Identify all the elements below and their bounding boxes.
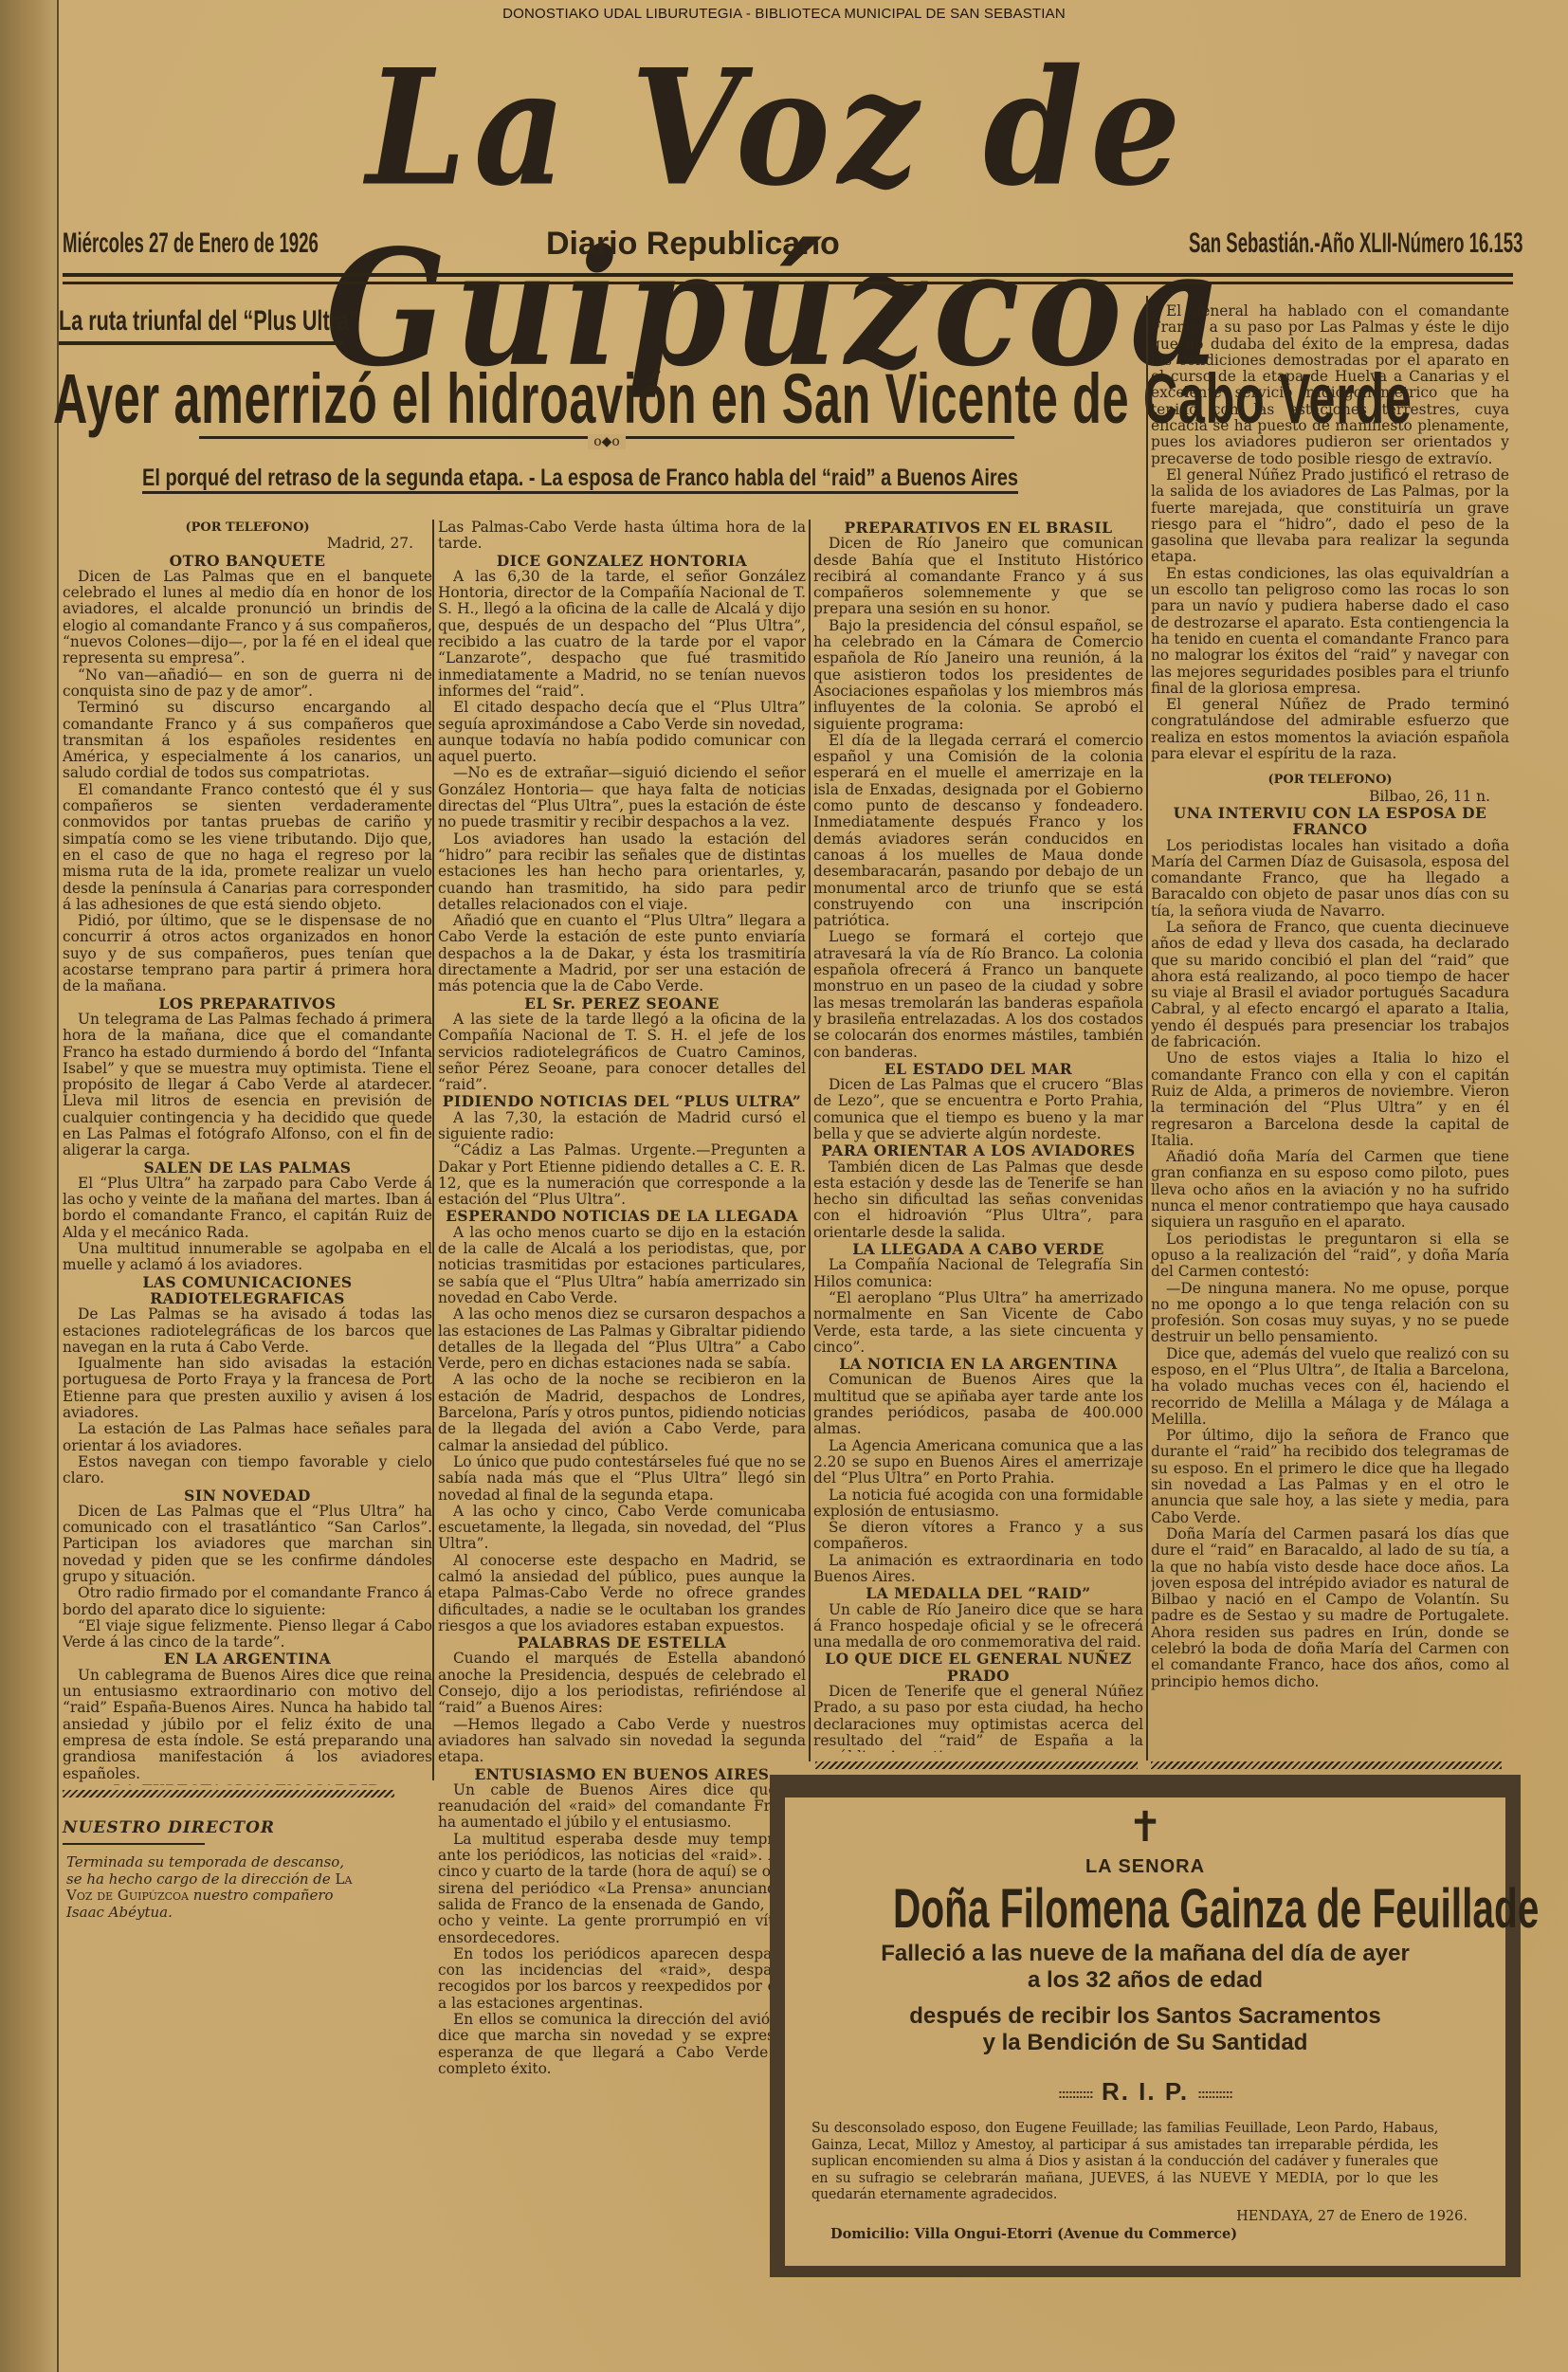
section-heading: EL ESTADO DEL MAR (813, 1061, 1143, 1077)
paragraph: Por último, dijo la señora de Franco que… (1151, 1428, 1509, 1526)
paragraph: Luego se formará el cortejo que atravesa… (813, 929, 1143, 1060)
paragraph: A las ocho menos diez se cursaron despac… (438, 1306, 806, 1372)
paragraph: En ellos se comunica la dirección del av… (438, 2012, 806, 2077)
paragraphs: Los periodistas locales han visitado a d… (1151, 838, 1509, 1690)
byline: (POR TELEFONO) (1151, 772, 1509, 788)
section-heading: LA MEDALLA DEL “RAID” (813, 1585, 1143, 1601)
paragraph: De Las Palmas se ha avisado á todas las … (63, 1306, 432, 1356)
section-heading: LAS COMUNICACIONES RADIOTELEGRAFICAS (63, 1274, 432, 1307)
paragraph: “El aeroplano “Plus Ultra” ha amerrizado… (813, 1290, 1143, 1356)
paragraph: Cuando el marqués de Estella abandonó an… (438, 1651, 806, 1716)
paragraph: Se dieron vítores a Franco y a sus compa… (813, 1520, 1143, 1553)
paragraph: Igualmente han sido avisadas la estación… (63, 1356, 432, 1421)
paragraph: Dice que, además del vuelo que realizó c… (1151, 1346, 1509, 1428)
paragraph: A las 7,30, la estación de Madrid cursó … (438, 1110, 806, 1143)
column-divider (1146, 296, 1148, 1761)
masthead-rule (63, 273, 1513, 284)
column-4: El general ha hablado con el comandante … (1151, 303, 1509, 1756)
paragraph: La animación es extraordinaria en todo B… (813, 1553, 1143, 1586)
section-heading: PREPARATIVOS EN EL BRASIL (813, 520, 1143, 536)
paragraph: “Cádiz a Las Palmas. Urgente.—Pregunten … (438, 1142, 806, 1208)
paragraph: Doña María del Carmen pasará los días qu… (1151, 1526, 1509, 1690)
paragraph: El día de la llegada cerrará el comercio… (813, 733, 1143, 930)
paragraph: Los aviadores han usado la estación del … (438, 831, 806, 913)
paragraph: La señora de Franco, que cuenta diecinue… (1151, 920, 1509, 1050)
paragraph: Bajo la presidencia del cónsul español, … (813, 618, 1143, 733)
obituary-name: Doña Filomena Gainza de Feuillade (893, 1878, 1397, 1941)
paragraph: Un telegrama de Las Palmas fechado á pri… (63, 1012, 432, 1159)
page-binding-gutter (0, 0, 59, 2372)
obituary-line: después de recibir los Santos Sacramento… (785, 2003, 1505, 2030)
obituary-line: Falleció a las nueve de la mañana del dí… (785, 1941, 1505, 1967)
paragraph: La Agencia Americana comunica que a las … (813, 1438, 1143, 1487)
section-heading: PIDIENDO NOTICIAS DEL “PLUS ULTRA” (438, 1093, 806, 1109)
section-heading: UNA INTERVIU CON LA ESPOSA DE FRANCO (1151, 805, 1509, 838)
director-note-heading: NUESTRO DIRECTOR (63, 1818, 375, 1837)
paragraph: A las ocho y cinco, Cabo Verde comunicab… (438, 1504, 806, 1553)
dateline: Bilbao, 26, 11 n. (1151, 789, 1509, 805)
paragraph: Dicen de Las Palmas que el crucero “Blas… (813, 1077, 1143, 1142)
lead-subhead: El porqué del retraso de la segunda etap… (142, 465, 939, 492)
obituary-line: a los 32 años de edad (785, 1967, 1505, 1994)
masthead-dateline: Miércoles 27 de Enero de 1926 Diario Rep… (63, 226, 1522, 264)
issue-number: San Sebastián.-Año XLII-Número 16.153 (1189, 228, 1522, 260)
paragraph: Terminó su discurso encargando al comand… (63, 700, 432, 781)
ornament-rule: o◆o (199, 431, 1014, 443)
obituary-notice: ✝ LA SENORA Doña Filomena Gainza de Feui… (770, 1775, 1521, 2277)
paragraph: A las 6,30 de la tarde, el señor Gonzále… (438, 569, 806, 700)
dateline: Madrid, 27. (63, 536, 432, 552)
paragraph: Un cable de Buenos Aires dice que la rea… (438, 1782, 806, 1832)
paragraph: Dicen de Las Palmas que el “Plus Ultra” … (63, 1504, 432, 1585)
section-heading: LA EXPECTACION EN MADRID (63, 1782, 432, 1785)
paragraph: Una multitud innumerable se agolpaba en … (63, 1241, 432, 1274)
paragraph: El general ha hablado con el comandante … (1151, 303, 1509, 467)
section-heading: SIN NOVEDAD (63, 1487, 432, 1504)
paragraph: Estos navegan con tiempo favorable y cie… (63, 1454, 432, 1487)
paragraph: A las ocho menos cuarto se dijo en la es… (438, 1225, 806, 1306)
paragraph: La estación de Las Palmas hace señales p… (63, 1421, 432, 1454)
paragraph: Lo único que pudo contestárseles fué que… (438, 1454, 806, 1504)
column-3: PREPARATIVOS EN EL BRASILDicen de Río Ja… (813, 520, 1143, 1752)
paragraph: Comunican de Buenos Aires que la multitu… (813, 1372, 1143, 1437)
paragraph: A las siete de la tarde llegó a la ofici… (438, 1012, 806, 1093)
director-note-body: Terminada su temporada de descanso, se h… (66, 1854, 360, 1921)
wavy-divider (815, 1761, 1138, 1769)
paragraph: Las Palmas-Cabo Verde hasta última hora … (438, 520, 806, 553)
obituary-address: Domicilio: Villa Ongui-Etorri (Avenue du… (830, 2226, 1505, 2242)
ornament-icon: o◆o (588, 434, 626, 449)
obituary-notice-text: Su desconsolado esposo, don Eugene Feuil… (811, 2120, 1438, 2203)
section-heading: EN LA ARGENTINA (63, 1651, 432, 1667)
tagline: Diario Republicano (546, 226, 840, 263)
wavy-divider (1151, 1761, 1502, 1769)
column-divider (432, 520, 434, 1780)
paragraph: Uno de estos viajes a Italia lo hizo el … (1151, 1050, 1509, 1149)
paragraph: Los periodistas le preguntaron si ella s… (1151, 1232, 1509, 1281)
paragraph: La Compañía Nacional de Telegrafía Sin H… (813, 1257, 1143, 1290)
paragraph: Los periodistas locales han visitado a d… (1151, 838, 1509, 920)
paragraph: El “Plus Ultra” ha zarpado para Cabo Ver… (63, 1176, 432, 1241)
paragraph: Dicen de Tenerife que el general Núñez P… (813, 1684, 1143, 1752)
paragraph: El general Núñez Prado justificó el retr… (1151, 467, 1509, 566)
paragraph: El general Núñez de Prado terminó congra… (1151, 697, 1509, 762)
section-heading: DICE GONZALEZ HONTORIA (438, 553, 806, 569)
byline: (POR TELEFONO) (63, 520, 432, 536)
section-heading: PALABRAS DE ESTELLA (438, 1634, 806, 1651)
paragraph: “No van—añadió— en son de guerra ni de c… (63, 667, 432, 701)
section-heading: PARA ORIENTAR A LOS AVIADORES (813, 1142, 1143, 1159)
paragraph: Un cable de Río Janeiro dice que se hara… (813, 1602, 1143, 1651)
section-heading: ENTUSIASMO EN BUENOS AIRES (438, 1766, 806, 1782)
sections: PREPARATIVOS EN EL BRASILDicen de Río Ja… (813, 520, 1143, 1752)
paragraph: Añadió que en cuanto el “Plus Ultra” lle… (438, 913, 806, 994)
archive-label: DONOSTIAKO UDAL LIBURUTEGIA - BIBLIOTECA… (0, 6, 1568, 22)
section-heading: ESPERANDO NOTICIAS DE LA LLEGADA (438, 1208, 806, 1224)
paragraph: Dicen de Río Janeiro que comunican desde… (813, 536, 1143, 617)
director-rule (63, 1843, 205, 1845)
paragraph: El comandante Franco contestó que él y s… (63, 782, 432, 913)
issue-date: Miércoles 27 de Enero de 1926 (63, 228, 319, 260)
column-2: Las Palmas-Cabo Verde hasta última hora … (438, 520, 806, 2292)
wavy-divider (63, 1790, 394, 1797)
paragraph: En estas condiciones, las olas equivaldr… (1151, 566, 1509, 697)
cross-icon: ✝ (785, 1805, 1505, 1851)
paragraph: Añadió doña María del Carmen que tiene g… (1151, 1149, 1509, 1231)
section-heading: SALEN DE LAS PALMAS (63, 1159, 432, 1176)
paragraph: —De ninguna manera. No me opuse, porque … (1151, 1281, 1509, 1346)
column-divider (809, 520, 811, 1761)
sections: OTRO BANQUETEDicen de Las Palmas que en … (63, 553, 432, 1785)
paragraph: —No es de extrañar—siguió diciendo el se… (438, 765, 806, 830)
section-heading: OTRO BANQUETE (63, 553, 432, 569)
paragraphs: El general ha hablado con el comandante … (1151, 303, 1509, 762)
paragraph: En todos los periódicos aparecen despach… (438, 1946, 806, 2012)
obituary-line: y la Bendición de Su Santidad (785, 2030, 1505, 2056)
lead-kicker: La ruta triunfal del “Plus Ultra” (59, 305, 345, 338)
paragraph: Al conocerse este despacho en Madrid, se… (438, 1553, 806, 1634)
lead-headline: Ayer amerrizó el hidroavión en San Vicen… (53, 358, 794, 439)
paragraph: Pidió, por último, que se le dispensase … (63, 913, 432, 994)
sections: Las Palmas-Cabo Verde hasta última hora … (438, 520, 806, 2077)
section-heading: LO QUE DICE EL GENERAL NUÑEZ PRADO (813, 1651, 1143, 1684)
section-heading: LA LLEGADA A CABO VERDE (813, 1241, 1143, 1257)
paragraph: La multitud esperaba desde muy temprano,… (438, 1832, 806, 1946)
paragraph: “El viaje sigue felizmente. Pienso llega… (63, 1618, 432, 1651)
column-1: (POR TELEFONO) Madrid, 27. OTRO BANQUETE… (63, 520, 432, 1785)
obituary-title: LA SENORA (785, 1856, 1505, 1878)
section-heading: LA NOTICIA EN LA ARGENTINA (813, 1356, 1143, 1372)
section-heading: LOS PREPARATIVOS (63, 995, 432, 1012)
kicker-rule (59, 341, 343, 345)
paragraph: Otro radio firmado por el comandante Fra… (63, 1585, 432, 1618)
paragraph: La noticia fué acogida con una formidabl… (813, 1487, 1143, 1521)
paragraph: Un cablegrama de Buenos Aires dice que r… (63, 1668, 432, 1782)
obituary-place-date: HENDAYA, 27 de Enero de 1926. (785, 2209, 1468, 2224)
paragraph: —Hemos llegado a Cabo Verde y nuestros a… (438, 1717, 806, 1766)
paragraph: A las ocho de la noche se recibieron en … (438, 1372, 806, 1453)
paragraph: El citado despacho decía que el “Plus Ul… (438, 700, 806, 765)
section-heading: EL Sr. PEREZ SEOANE (438, 995, 806, 1012)
paragraph: También dicen de Las Palmas que desde es… (813, 1159, 1143, 1241)
rip-line: :::::::::: R. I. P. :::::::::: (785, 2077, 1505, 2107)
paragraph: Dicen de Las Palmas que en el banquete c… (63, 569, 432, 667)
